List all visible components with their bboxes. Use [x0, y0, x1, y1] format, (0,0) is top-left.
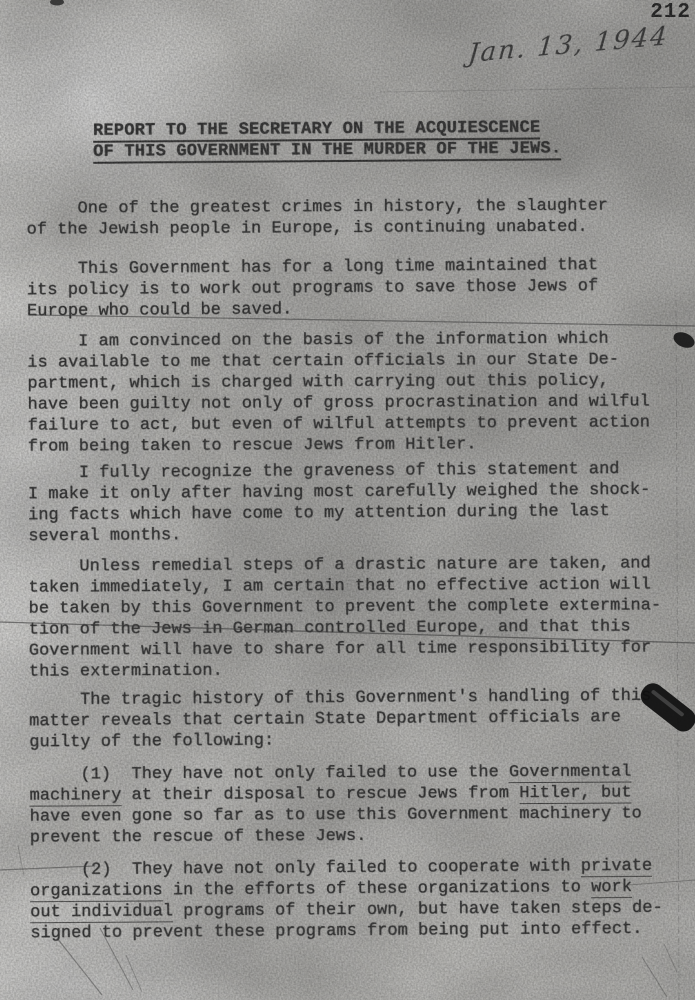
text-line: signed to prevent these programs from be…	[30, 919, 663, 945]
paragraph-item2: (2) They have not only failed to coopera…	[30, 856, 663, 945]
paragraph-p1: One of the greatest crimes in history, t…	[26, 196, 608, 241]
underlined-phrase: machinery	[29, 786, 121, 806]
text-line: several months.	[28, 522, 650, 548]
underlined-phrase: private	[581, 857, 653, 878]
text-line: guilty of the following:	[29, 728, 651, 754]
paragraph-p3: I am convinced on the basis of the infor…	[27, 328, 650, 457]
paragraph-p4: I fully recognize the graveness of this …	[28, 459, 651, 548]
underlined-phrase: organizations	[30, 881, 163, 902]
paragraph-p2: This Government has for a long time main…	[27, 255, 599, 322]
text-line: this extermination.	[29, 658, 662, 682]
text-line: have even gone so far as to use this Gov…	[30, 803, 642, 827]
text-line: One of the greatest crimes in history, t…	[26, 196, 608, 220]
underlined-phrase: work	[591, 878, 632, 898]
underlined-phrase: OF THIS GOVERNMENT IN THE MURDER OF THE …	[93, 139, 561, 163]
paragraph-item1: (1) They have not only failed to use the…	[29, 761, 642, 848]
paragraph-p5: Unless remedial steps of a drastic natur…	[28, 553, 661, 682]
text-line: from being taken to rescue Jews from Hit…	[28, 433, 650, 457]
text-line: Europe who could be saved.	[27, 297, 598, 322]
paragraph-p6: The tragic history of this Government's …	[29, 686, 652, 754]
paragraph-title: REPORT TO THE SECRETARY ON THE ACQUIESCE…	[93, 117, 561, 162]
underlined-phrase: out individual	[30, 902, 173, 923]
underlined-phrase: Governmental	[509, 763, 632, 784]
text-line: its policy is to work out programs to sa…	[27, 276, 598, 301]
text-line: prevent the rescue of these Jews.	[30, 824, 642, 848]
document-body: REPORT TO THE SECRETARY ON THE ACQUIESCE…	[0, 0, 695, 1000]
page-number-stamp: 212	[650, 1, 691, 24]
text-line: Government will have to share for all ti…	[29, 637, 662, 661]
text-line: failure to act, but even of wilful attem…	[28, 412, 650, 436]
text-line: of the Jewish people in Europe, is conti…	[27, 217, 609, 241]
text-line: OF THIS GOVERNMENT IN THE MURDER OF THE …	[93, 138, 561, 162]
scanned-document-page: 212 Jan. 13, 1944 REPORT TO THE SECRETAR…	[0, 0, 695, 1000]
underlined-phrase: Hitler, but	[519, 784, 631, 805]
